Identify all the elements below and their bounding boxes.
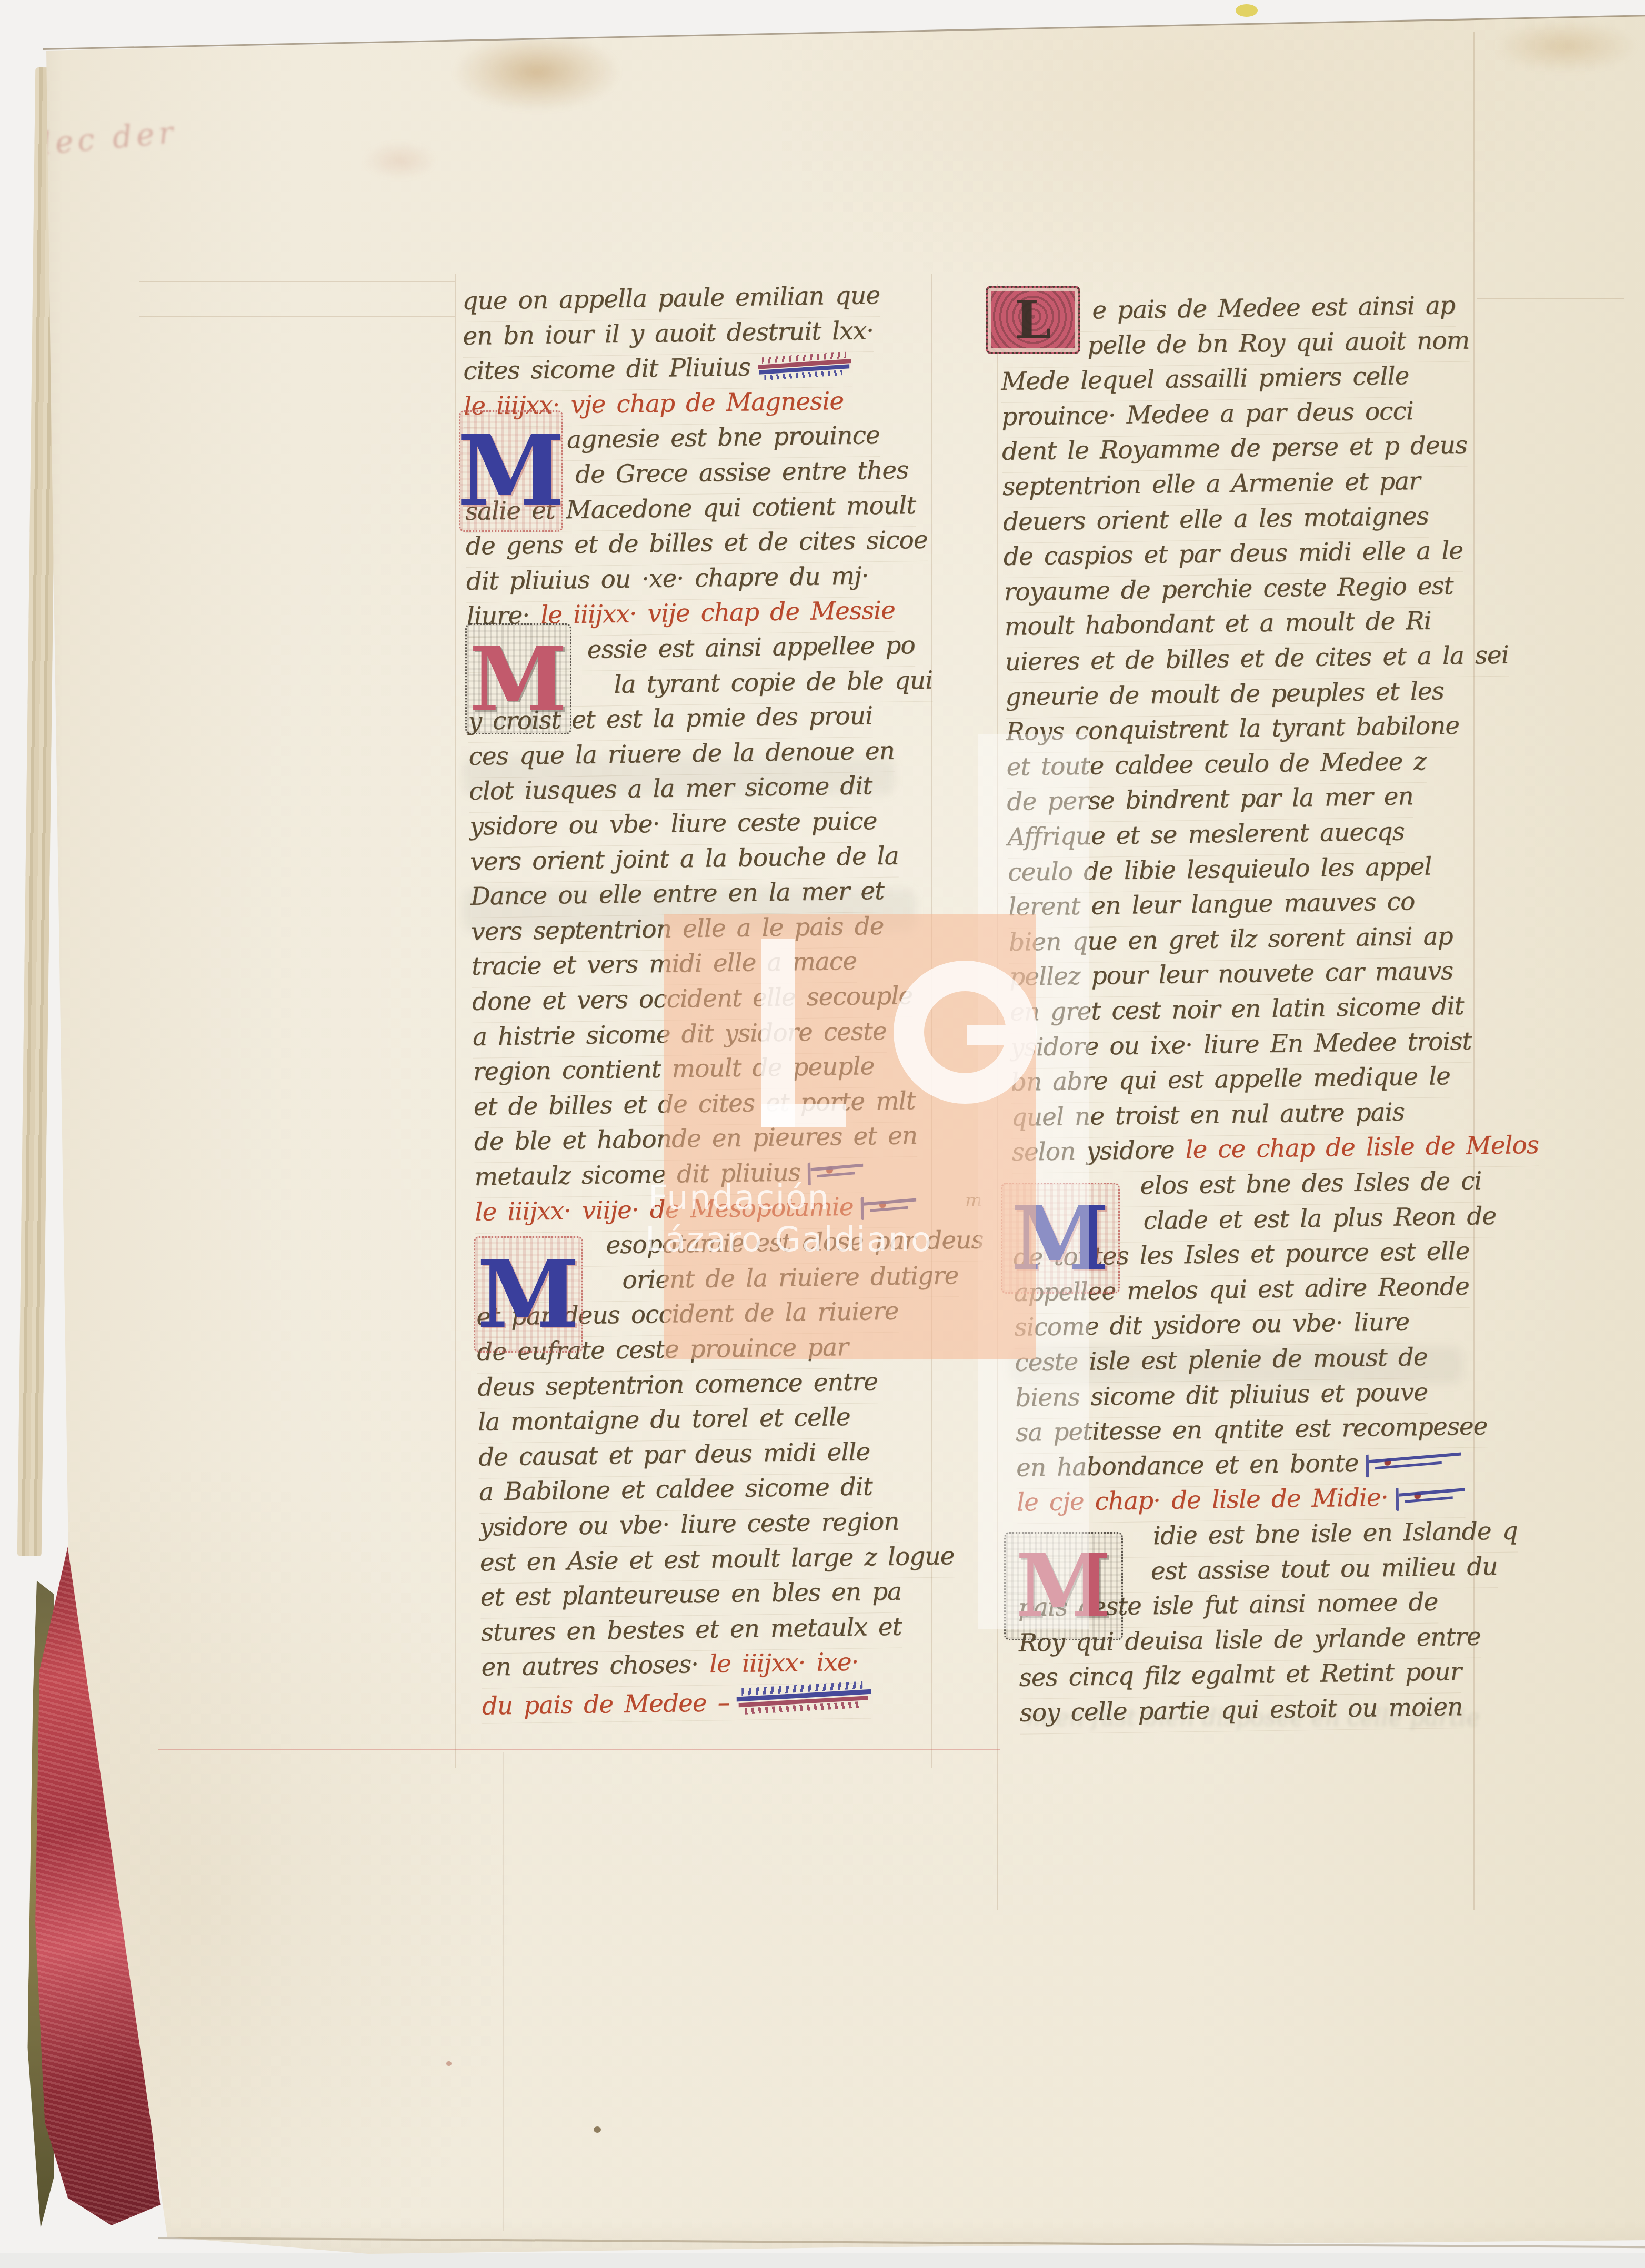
text-line: dit pliuius ou ·xe· chapre du mj·	[466, 561, 869, 603]
body-text: de Grece assise entre thes	[575, 456, 909, 489]
illuminated-initial-m3: M	[474, 1236, 583, 1353]
text-line: en autres choses· le iiijxx· ixe·	[481, 1648, 859, 1689]
line-filler-ornament	[860, 1192, 917, 1220]
parchment-stain	[363, 142, 437, 179]
body-text: Roys conquistrent la tyrant babilone	[1006, 711, 1459, 747]
body-text: lerent en leur langue mauves co	[1008, 887, 1415, 922]
body-text: cites sicome dit Pliuius	[463, 353, 750, 386]
ruling-line-horizontal	[139, 281, 455, 282]
rubric-text: le ce chap de lisle de Melos	[1185, 1131, 1539, 1164]
text-line: Mede lequel assailli pmiers celle	[1001, 361, 1409, 403]
illuminated-initial-m5: M	[1004, 1532, 1123, 1640]
yellow-marker-speck	[1236, 4, 1258, 17]
rubric-text: du pais de Medee –	[482, 1688, 729, 1721]
text-line: a Babilone et caldee sicome dit	[479, 1473, 873, 1514]
line-filler-ornament	[1366, 1446, 1461, 1477]
illuminated-initial-m1: M	[459, 410, 563, 532]
text-line: metaulz sicome dit pliuius	[474, 1157, 864, 1198]
body-text: clade et est la plus Reon de	[1143, 1202, 1496, 1235]
ruling-line-horizontal	[139, 316, 455, 317]
body-text: vers septentrion elle a le pais de	[471, 912, 884, 946]
body-text: a Babilone et caldee sicome dit	[479, 1473, 872, 1507]
text-line: que on appella paule emilian que	[462, 281, 880, 322]
body-text: ses cincq filz egalmt et Retint pour	[1019, 1657, 1461, 1692]
text-line: region contient moult de peuple	[473, 1052, 874, 1093]
body-text: et toute caldee ceulo de Medee z	[1006, 747, 1426, 782]
body-text: deus septentrion comence entre	[477, 1367, 878, 1402]
text-line: tracie et vers midi elle a mace	[472, 947, 857, 988]
initial-letter: M	[1016, 1543, 1111, 1629]
body-text: bien que en gret ilz sorent ainsi ap	[1009, 922, 1453, 957]
body-text: tracie et vers midi elle a mace	[472, 947, 857, 981]
rubric-text: le iiijxx· vije chap de Messie	[540, 596, 895, 630]
body-text: a histrie sicome dit ysidore ceste	[473, 1016, 887, 1051]
body-text: ceste isle est plenie de moust de	[1015, 1343, 1428, 1377]
body-text: biens sicome dit pliuius et pouve	[1015, 1377, 1428, 1412]
text-line: biens sicome dit pliuius et pouve	[1015, 1377, 1428, 1419]
body-text: selon ysidore	[1011, 1136, 1186, 1167]
body-text: en autres choses·	[481, 1650, 709, 1682]
body-text: ysidore ou vbe· liure ceste puice	[469, 807, 877, 841]
body-text: idie est bne isle en Islande q	[1153, 1516, 1518, 1550]
body-text: en bn iour il y auoit destruit lxx·	[463, 316, 874, 351]
body-text: la montaigne du torel et celle	[478, 1403, 850, 1437]
body-text: clot iusques a la mer sicome dit	[469, 772, 872, 807]
initial-letter: M	[477, 1248, 580, 1341]
body-text: gneurie de moult de peuples et les	[1005, 677, 1444, 712]
body-text: done et vers occident elle secouple	[472, 981, 913, 1016]
illuminated-initial-m2: M	[465, 623, 571, 734]
text-line: a histrie sicome dit ysidore ceste	[473, 1016, 887, 1058]
text-line: du pais de Medee –	[482, 1682, 871, 1723]
body-text: moult habondant et a moult de Ri	[1004, 607, 1431, 641]
body-text: stures en bestes et en metaulx et	[480, 1612, 902, 1647]
body-text: essie est ainsi appellee po	[587, 631, 915, 664]
ruling-line-vertical	[997, 284, 998, 1910]
initial-letter: M	[469, 635, 567, 723]
text-column-right: e pais de Medee est ainsi appelle de bn …	[1000, 290, 1501, 1739]
text-line: ysidore ou vbe· liure ceste puice	[469, 807, 877, 848]
ink-speck	[446, 2061, 452, 2066]
text-line: la montaigne du torel et celle	[478, 1403, 850, 1444]
body-text: est assise tout ou milieu du	[1150, 1552, 1497, 1586]
body-text: en habondance et en bonte	[1016, 1449, 1359, 1483]
text-line: prouince· Medee a par deus occi	[1001, 397, 1414, 438]
body-text: et est planteureuse en bles en pa	[480, 1577, 901, 1612]
body-text: region contient moult de peuple	[473, 1052, 874, 1086]
body-text: soy celle partie qui estoit ou moien	[1019, 1692, 1463, 1728]
body-text: sicome dit ysidore ou vbe· liure	[1014, 1308, 1410, 1342]
parchment-stain	[453, 33, 621, 112]
text-line: clot iusques a la mer sicome dit	[469, 772, 872, 813]
illuminated-initial-m4: M	[1001, 1183, 1120, 1294]
body-text: Mede lequel assailli pmiers celle	[1001, 361, 1409, 396]
body-text: septentrion elle a Armenie et par	[1002, 467, 1420, 501]
folio-inscription: lec der	[40, 114, 179, 162]
line-filler-ornament	[807, 1158, 864, 1186]
body-text: e pais de Medee est ainsi ap	[1092, 291, 1455, 325]
initial-letter: L	[1015, 294, 1051, 346]
text-line: cites sicome dit Pliuius	[463, 351, 851, 392]
body-text: vers orient joint a la bouche de la	[470, 841, 899, 876]
body-text: ysidore ou vbe· liure ceste region	[479, 1507, 899, 1542]
text-line: Affrique et se meslerent auecqs	[1007, 817, 1405, 859]
parchment-stain	[1494, 20, 1637, 73]
body-text: dent le Royamme de perse et p deus	[1002, 431, 1468, 466]
body-text: royaume de perchie ceste Regio est	[1004, 571, 1453, 607]
body-text: et de billes et de cites et porte mlt	[473, 1086, 915, 1122]
text-line: Dance ou elle entre en la mer et	[470, 876, 885, 918]
text-line: soy celle partie qui estoit ou moien	[1019, 1692, 1463, 1735]
body-text: metaulz sicome dit pliuius	[474, 1158, 800, 1192]
body-text: esopotamie est close par deus	[606, 1226, 984, 1260]
initial-letter: M	[457, 422, 565, 520]
body-text: ysidore ou ixe· liure En Medee troist	[1010, 1026, 1472, 1062]
table-surface	[0, 2253, 1645, 2268]
body-text: la tyrant copie de ble qui	[614, 666, 932, 699]
text-line: quel ne troist en nul autre pais	[1011, 1097, 1405, 1138]
body-text: de perse bindrent par la mer en	[1007, 782, 1413, 817]
body-text: est en Asie et est moult large z logue	[479, 1541, 954, 1577]
body-text: en gret cest noir en latin sicome dit	[1010, 992, 1464, 1027]
rubric-text: le iiijxx· viije· de Mesopotamie	[475, 1192, 854, 1226]
body-text: deuers orient elle a les motaignes	[1003, 501, 1429, 536]
body-text: ceulo de libie lesquieulo les appel	[1008, 852, 1432, 886]
ruling-line-red	[158, 1749, 1000, 1750]
parchment-page: mien fust bien disposee en celle partie …	[0, 0, 1645, 2268]
body-text: quel ne troist en nul autre pais	[1011, 1097, 1405, 1132]
body-text: pellez pour leur nouvete car mauvs	[1009, 956, 1453, 992]
body-text: prouince· Medee a par deus occi	[1001, 397, 1413, 431]
rubric-text: le cje chap· de lisle de Midie·	[1017, 1483, 1388, 1517]
initial-letter: M	[1011, 1194, 1109, 1283]
body-text: Dance ou elle entre en la mer et	[470, 876, 885, 911]
body-text: de causat et par deus midi elle	[478, 1437, 870, 1471]
body-text: bn abre qui est appelle medique le	[1010, 1062, 1450, 1097]
line-filler-ornament	[757, 350, 851, 381]
line-filler-ornament	[737, 1680, 872, 1717]
body-text: elos est bne des Isles de ci	[1140, 1166, 1482, 1200]
body-text: agnesie est bne prouince	[567, 421, 880, 454]
rubric-text: le iiijxx· ixe·	[709, 1648, 859, 1679]
body-text: ces que la riuere de la denoue en	[468, 736, 895, 771]
manuscript-photo: mien fust bien disposee en celle partie …	[0, 0, 1645, 2268]
text-line: de causat et par deus midi elle	[478, 1437, 870, 1478]
body-text: Affrique et se meslerent auecqs	[1007, 817, 1405, 852]
body-text: sa petitesse en qntite est recompesee	[1016, 1412, 1488, 1447]
body-text: de caspios et par deus midi elle a le	[1004, 536, 1463, 571]
line-filler-ornament	[1395, 1483, 1465, 1511]
text-line: deus septentrion comence entre	[477, 1367, 878, 1409]
body-text: dit pliuius ou ·xe· chapre du mj·	[466, 561, 868, 596]
text-line: lerent en leur langue mauves co	[1008, 887, 1415, 929]
parchment-crease	[503, 1752, 504, 2231]
text-line: vers septentrion elle a le pais de	[471, 912, 884, 953]
illuminated-initial-li: L	[986, 286, 1080, 354]
body-text: pelle de bn Roy qui auoit nom	[1087, 326, 1470, 360]
ink-speck	[594, 2126, 601, 2133]
text-line: sicome dit ysidore ou vbe· liure	[1014, 1308, 1410, 1349]
text-line: ceste isle est plenie de moust de	[1015, 1343, 1428, 1384]
body-text: de ble et habonde en pieures et en	[474, 1121, 917, 1156]
ruling-line-vertical	[455, 274, 456, 1768]
gutter-margin-note: m	[965, 1190, 982, 1211]
text-line: de perse bindrent par la mer en	[1007, 782, 1413, 824]
ruling-line-horizontal	[1477, 298, 1624, 299]
text-line: en bn iour il y auoit destruit lxx·	[463, 316, 874, 358]
text-line: septentrion elle a Armenie et par	[1002, 467, 1420, 508]
body-text: orient de la riuiere dutigre	[622, 1261, 959, 1295]
body-text: que on appella paule emilian que	[462, 281, 880, 316]
